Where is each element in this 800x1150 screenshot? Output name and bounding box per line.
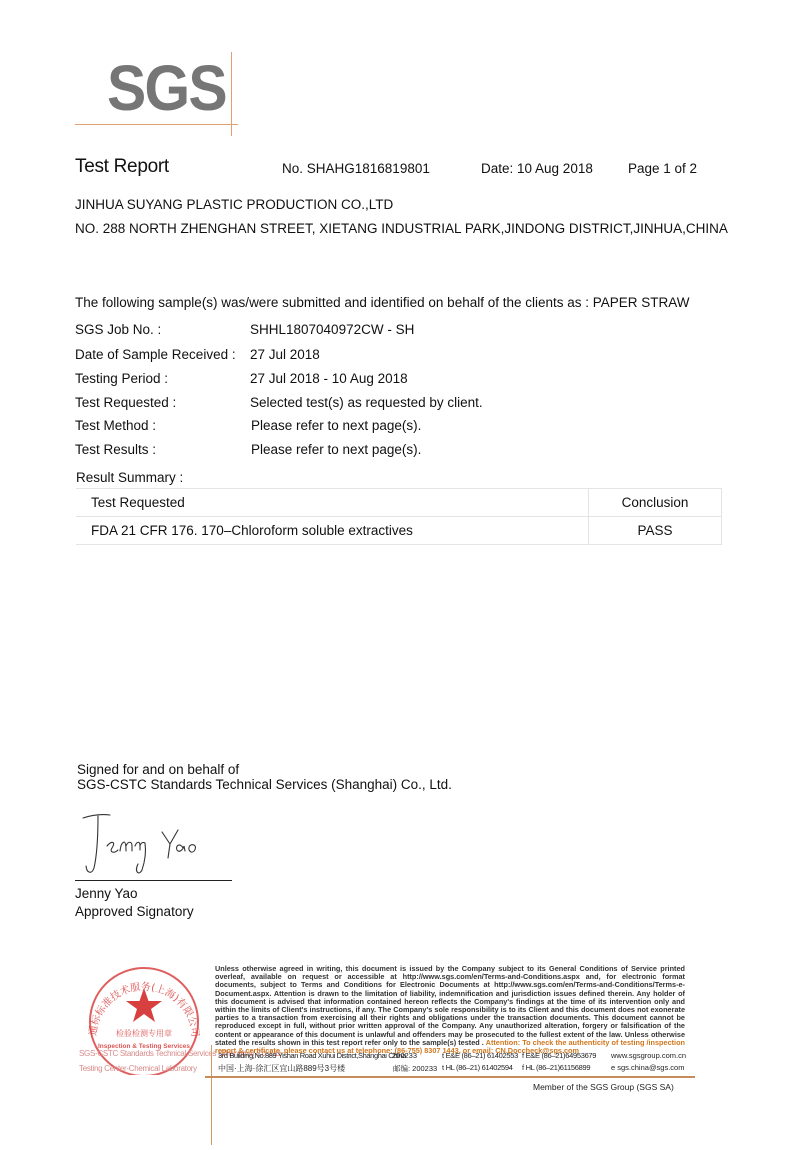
website-link[interactable]: www.sgsgroup.com.cn [611, 1051, 686, 1060]
stamp-caption-lab: Testing Center-Chemical Laboratory [79, 1064, 197, 1073]
signing-company: SGS-CSTC Standards Technical Services (S… [77, 777, 452, 792]
signature-line [75, 880, 232, 881]
table-row: FDA 21 CFR 176. 170–Chloroform soluble e… [76, 517, 722, 545]
field-label-job-no: SGS Job No. : [75, 322, 161, 337]
field-value-received: 27 Jul 2018 [250, 347, 320, 362]
field-value-test-results: Please refer to next page(s). [251, 442, 421, 457]
lab-address-cn: 中国·上海·徐汇区宜山路889号3号楼 [218, 1063, 345, 1074]
footer-vertical-rule [211, 1045, 212, 1145]
field-label-test-method: Test Method : [75, 418, 156, 433]
fax-hl: f HL (86–21)61156899 [522, 1063, 590, 1072]
result-summary-table: Test Requested Conclusion FDA 21 CFR 176… [76, 488, 722, 545]
logo-text: SGS [107, 52, 226, 124]
logo-horizontal-line [75, 124, 238, 125]
sgs-group-membership: Member of the SGS Group (SGS SA) [533, 1082, 674, 1092]
disclaimer-text: Unless otherwise agreed in writing, this… [215, 964, 685, 1047]
handwritten-signature [80, 810, 220, 882]
signed-on-behalf-line: Signed for and on behalf of [77, 762, 239, 777]
logo-vertical-line [231, 52, 232, 136]
column-header-test: Test Requested [76, 489, 589, 517]
page-title: Test Report [75, 156, 169, 178]
stamp-center-cn: 检验检测专用章 [116, 1028, 172, 1038]
phone-ee: t E&E (86–21) 61402553 [442, 1051, 518, 1060]
field-label-test-requested: Test Requested : [75, 395, 176, 410]
terms-disclaimer: Unless otherwise agreed in writing, this… [215, 965, 685, 1055]
report-date: Date: 10 Aug 2018 [481, 161, 593, 176]
field-label-test-results: Test Results : [75, 442, 156, 457]
cell-test: FDA 21 CFR 176. 170–Chloroform soluble e… [76, 517, 589, 545]
table-header-row: Test Requested Conclusion [76, 489, 722, 517]
cell-conclusion: PASS [589, 517, 722, 545]
signer-name: Jenny Yao [75, 886, 138, 901]
signer-role: Approved Signatory [75, 904, 194, 919]
sgs-logo: SGS [75, 52, 245, 142]
field-label-received: Date of Sample Received : [75, 347, 236, 362]
postal-code-cn: 邮编: 200233 [393, 1063, 437, 1074]
client-name: JINHUA SUYANG PLASTIC PRODUCTION CO.,LTD [75, 197, 393, 212]
sample-intro: The following sample(s) was/were submitt… [75, 295, 690, 310]
lab-address-en: 3rd Building,No.889 Yishan Road Xuhui Di… [218, 1051, 406, 1060]
email-link[interactable]: e sgs.china@sgs.com [611, 1063, 684, 1072]
postal-code-en: 200233 [392, 1051, 417, 1060]
field-label-period: Testing Period : [75, 371, 168, 386]
column-header-conclusion: Conclusion [589, 489, 722, 517]
field-value-job-no: SHHL1807040972CW - SH [250, 322, 414, 337]
field-value-test-requested: Selected test(s) as requested by client. [250, 395, 483, 410]
footer-horizontal-rule [205, 1076, 695, 1078]
result-summary-label: Result Summary : [76, 470, 183, 485]
field-value-period: 27 Jul 2018 - 10 Aug 2018 [250, 371, 408, 386]
field-value-test-method: Please refer to next page(s). [251, 418, 421, 433]
fax-ee: f E&E (86–21)64953679 [522, 1051, 596, 1060]
client-address: NO. 288 NORTH ZHENGHAN STREET, XIETANG I… [75, 221, 728, 236]
page-indicator: Page 1 of 2 [628, 161, 697, 176]
phone-hl: t HL (86–21) 61402594 [442, 1063, 513, 1072]
report-number: No. SHAHG1816819801 [282, 161, 430, 176]
